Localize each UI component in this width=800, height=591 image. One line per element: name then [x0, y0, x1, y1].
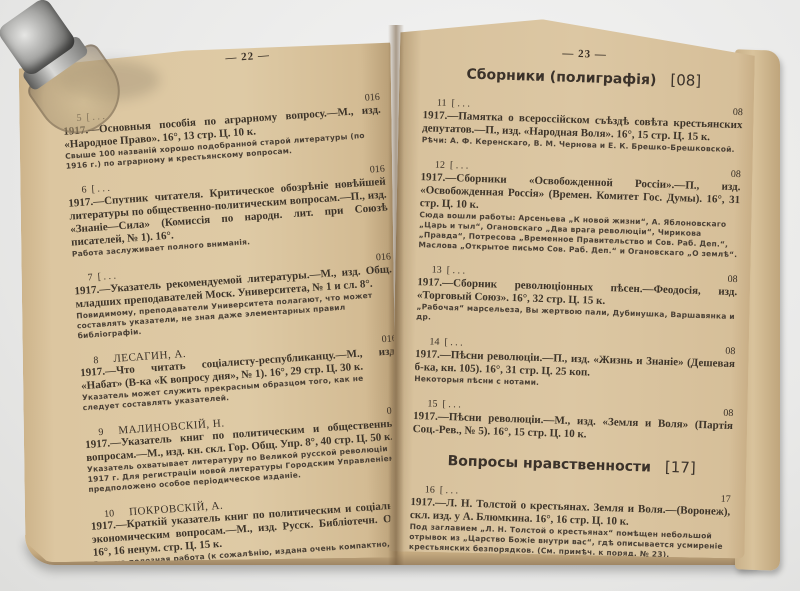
entry-class-code: 016 [369, 164, 385, 176]
bibliography-entry: 8ЛЕСАГИН, А. 016 1917.—Что читать соціал… [79, 333, 398, 413]
entry-number: 9 [98, 427, 104, 438]
book-photo: — 22 — 5[ . . . 016 1917.—Основныя пособ… [0, 0, 800, 591]
entry-number: 11 [437, 98, 447, 109]
bibliography-entry: 14[ . . . 08 1917.—Пѣсни революціи.—П., … [414, 336, 735, 394]
right-page: — 23 — Сборники (полиграфія)[08] 11[ . .… [389, 16, 755, 558]
entry-number: 7 [87, 272, 93, 283]
entry-class-code: 08 [723, 408, 733, 419]
entry-number: 13 [432, 265, 442, 276]
bibliography-entry: 11[ . . . 08 1917.—Памятка о всероссійск… [422, 97, 743, 155]
entry-bracket: [ . . . [451, 98, 470, 110]
entry-bracket: [ . . . [97, 271, 116, 283]
entry-class-code: 17 [720, 494, 730, 505]
bibliography-entry: 9МАЛИНОВСКІЙ, Н. 016 1917.—Указатель кни… [84, 405, 398, 495]
bibliography-entry: 6[ . . . 016 1917.—Спутник читателя. Кри… [67, 164, 389, 260]
entry-class-code: 08 [727, 274, 737, 285]
bibliography-entry: 7[ . . . 016 1917.—Указатель рекомендуем… [73, 251, 395, 341]
section-heading: Сборники (полиграфія)[08] [424, 63, 744, 91]
entry-number: 10 [104, 508, 115, 520]
left-page-content: — 22 — 5[ . . . 016 1917.—Основныя пособ… [59, 42, 398, 563]
book-gutter [388, 25, 404, 565]
section-title: Сборники (полиграфія) [466, 67, 656, 89]
entry-bracket: [ . . . [91, 183, 110, 195]
entry-number: 14 [429, 336, 439, 347]
entry-number: 16 [425, 484, 435, 495]
entry-bracket: [ . . . [440, 485, 459, 497]
section-code: [08] [670, 71, 701, 90]
entry-number: 12 [435, 160, 445, 171]
bibliography-entry: 12[ . . . 08 1917.—Сборники «Освобожденн… [418, 159, 741, 260]
left-page-number: — 22 — [119, 42, 377, 72]
entry-class-code: 08 [725, 346, 735, 357]
entry-class-code: 08 [733, 107, 743, 118]
entry-bracket: [ . . . [450, 160, 469, 172]
entry-class-code: 08 [731, 169, 741, 180]
entry-bracket: [ . . . [442, 399, 461, 411]
bibliography-entry: 15[ . . . 08 1917.—Пѣсни революціи.—М., … [412, 398, 733, 446]
right-page-number: — 23 — [424, 43, 744, 65]
section-code: [17] [665, 458, 696, 477]
right-page-content: — 23 — Сборники (полиграфія)[08] 11[ . .… [408, 43, 744, 558]
bibliography-entry: 10ПОКРОВСКІЙ, А. 016 1917.—Краткій указа… [90, 487, 398, 563]
entry-number: 6 [81, 184, 87, 195]
entry-number: 8 [93, 355, 99, 366]
section-title: Вопросы нравственности [447, 453, 651, 475]
entry-class-code: 016 [364, 92, 380, 104]
bibliography-entry: 16[ . . . 17 1917.—Л. Н. Толстой о крест… [409, 484, 731, 559]
entry-bracket: [ . . . [447, 265, 466, 277]
entry-bracket: [ . . . [444, 337, 463, 349]
entry-number: 15 [427, 398, 437, 409]
section-heading: Вопросы нравственности[17] [411, 450, 731, 478]
bibliography-entry: 13[ . . . 08 1917.—Сборник революціонных… [416, 264, 738, 332]
